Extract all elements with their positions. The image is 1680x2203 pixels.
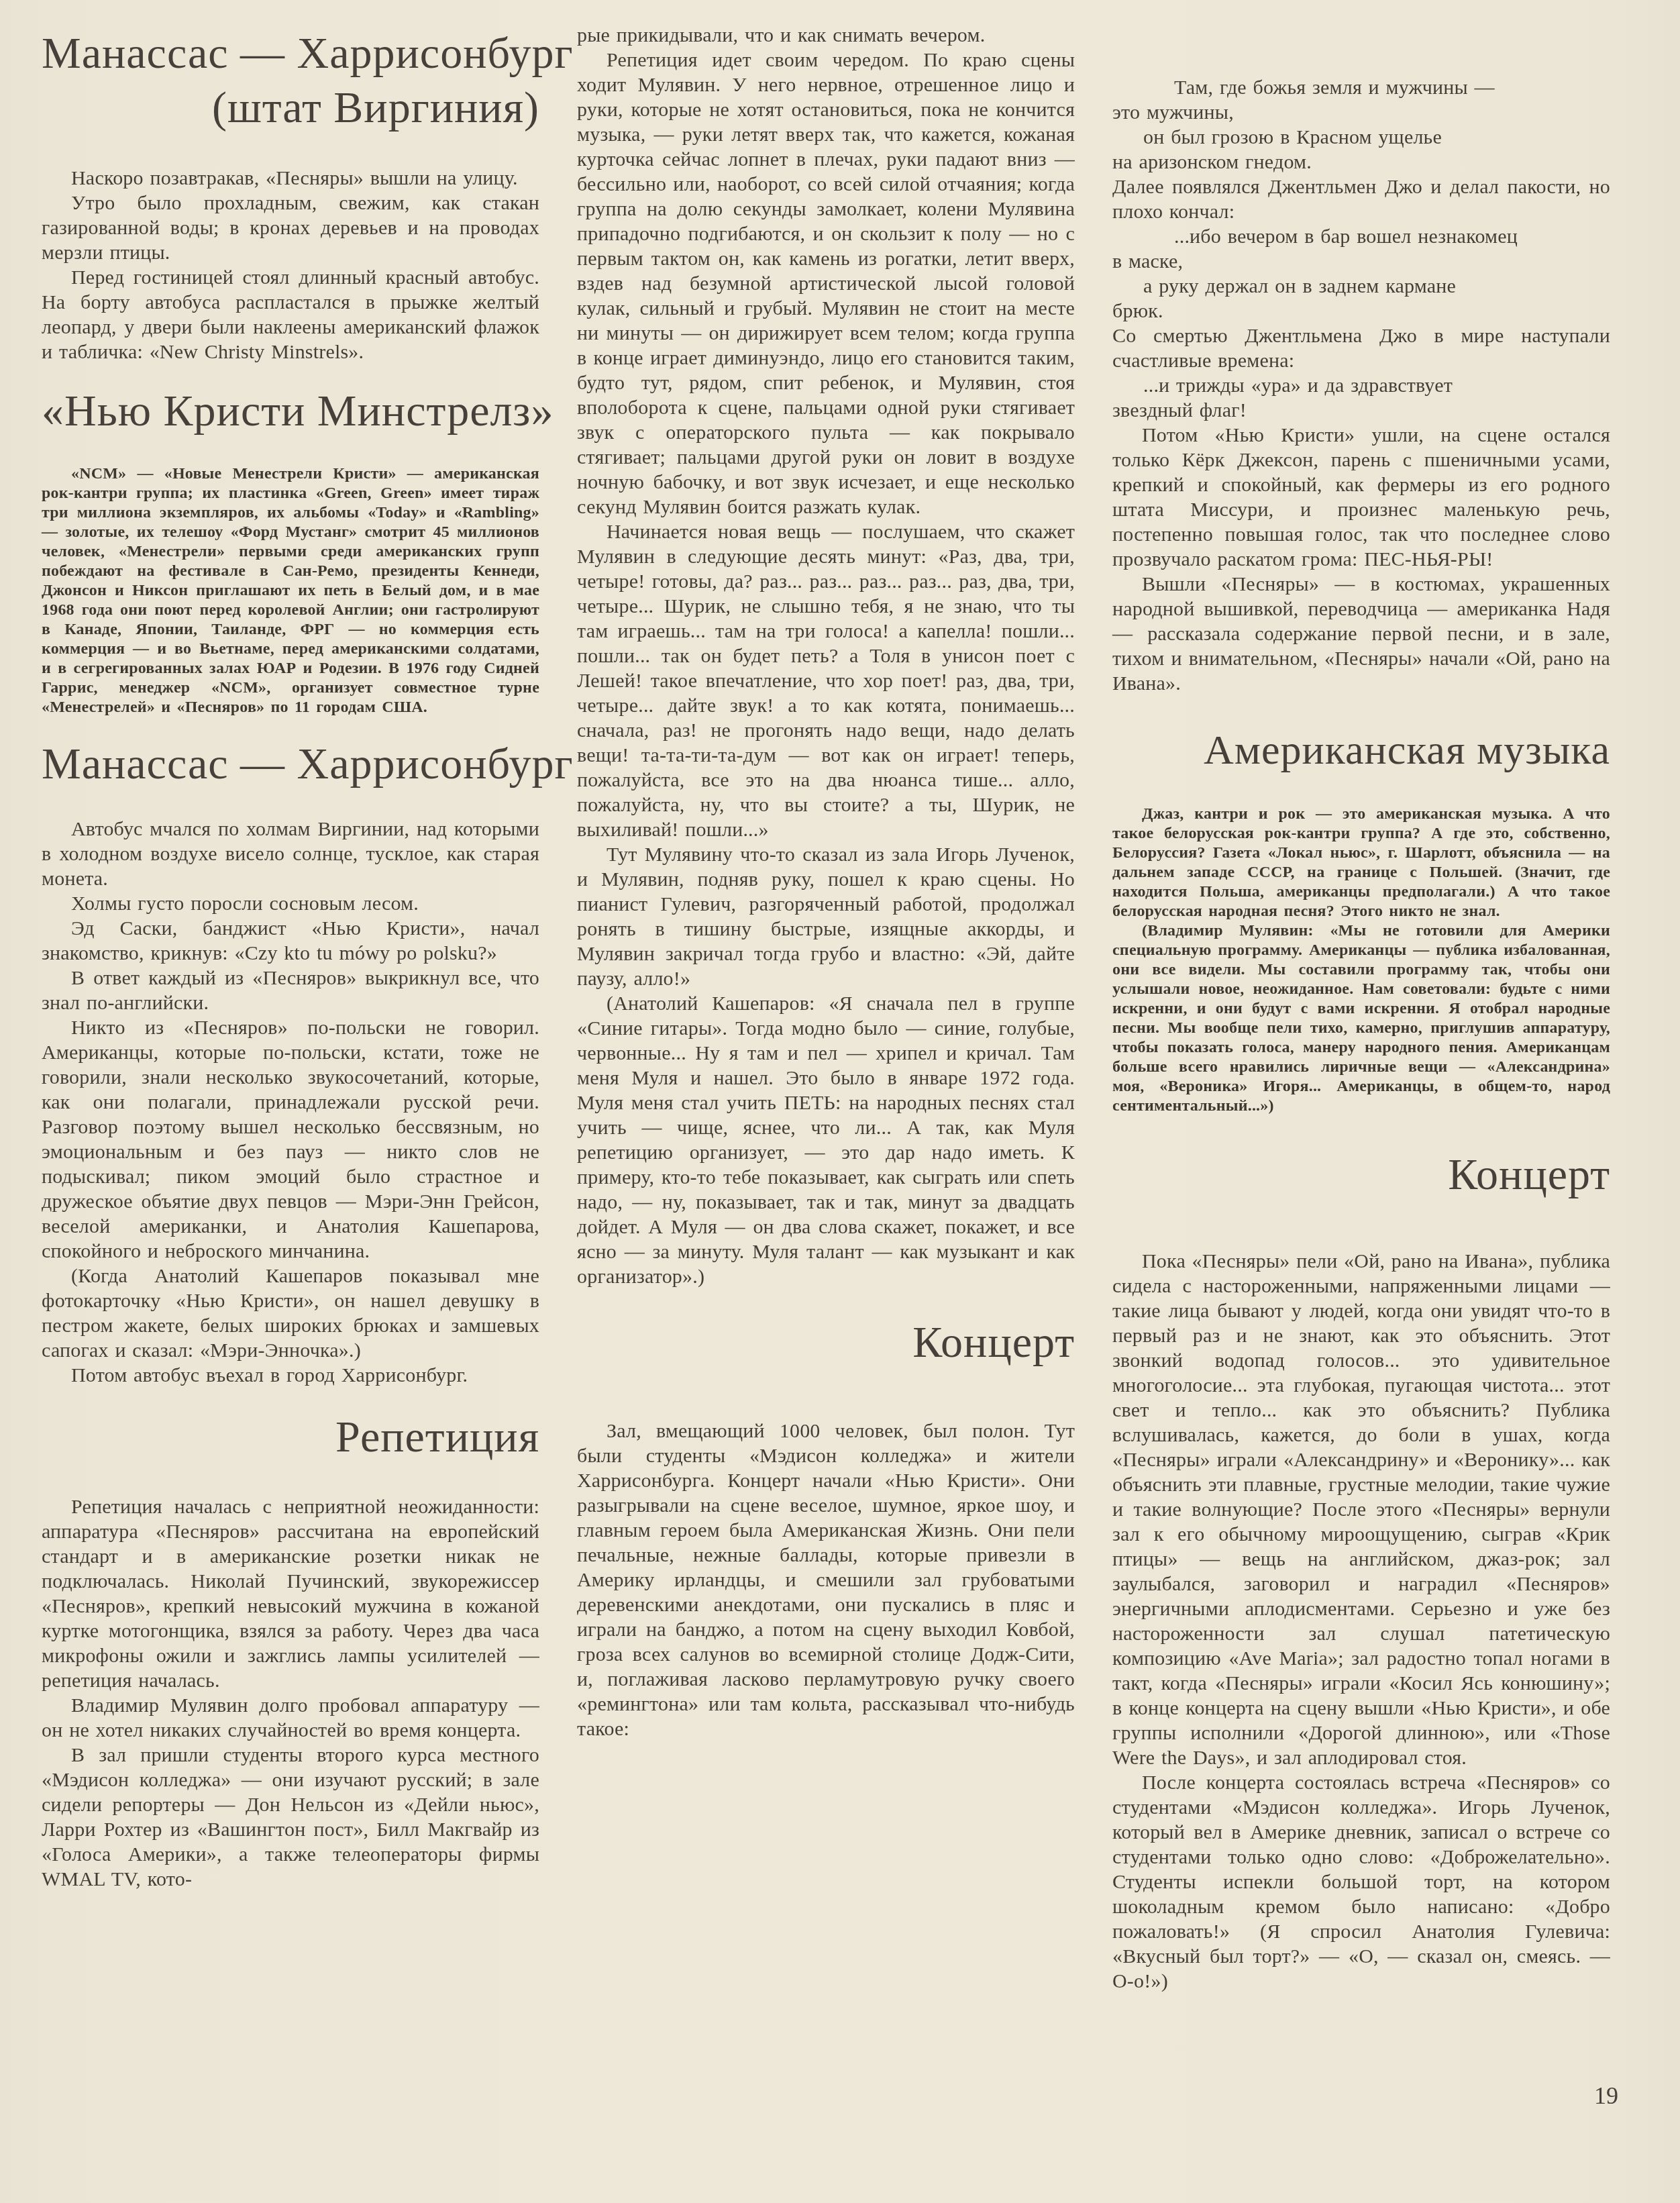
column-3: Там, где божья земля и мужчины — это муж… (1112, 23, 1610, 1994)
section-heading-new-christy: «Нью Кристи Минстрелз» (42, 385, 539, 439)
paragraph: Потом «Нью Кристи» ушли, на сцене осталс… (1112, 423, 1610, 572)
paragraph: (Анатолий Кашепаров: «Я сначала пел в гр… (577, 991, 1075, 1289)
paragraph: Наскоро позавтракав, «Песняры» вышли на … (42, 166, 539, 191)
paragraph: Владимир Мулявин долго пробовал аппарату… (42, 1693, 539, 1743)
paragraph: Холмы густо поросли сосновым лесом. (42, 891, 539, 916)
paragraph: После концерта состоялась встреча «Песня… (1112, 1770, 1610, 1994)
column-1: Манассас — Харрисонбург (штат Виргиния) … (42, 23, 539, 1994)
paragraph: Никто из «Песняров» по-польски не говори… (42, 1015, 539, 1264)
verse-line: ...и трижды «ура» и да здравствует (1112, 373, 1610, 398)
section-heading-concert-1: Концерт (577, 1316, 1075, 1370)
magazine-page: Манассас — Харрисонбург (штат Виргиния) … (0, 0, 1680, 2203)
paragraph: Далее появлялся Джентльмен Джо и делал п… (1112, 174, 1610, 224)
paragraph: Автобус мчался по холмам Виргинии, над к… (42, 817, 539, 891)
verse-line: в маске, (1112, 249, 1610, 274)
paragraph: рые прикидывали, что и как снимать вечер… (577, 23, 1075, 48)
heading-line: Манассас — Харрисонбург (42, 27, 539, 81)
paragraph: Начинается новая вещь — послушаем, что с… (577, 519, 1075, 842)
verse-line: а руку держал он в заднем кармане (1112, 274, 1610, 299)
paragraph: Джаз, кантри и рок — это американская му… (1112, 805, 1610, 921)
section-heading-manassas-1: Манассас — Харрисонбург (штат Виргиния) (42, 27, 539, 135)
paragraph: (Когда Анатолий Кашепаров показывал мне … (42, 1264, 539, 1363)
verse-line: ...ибо вечером в бар вошел незнакомец (1112, 224, 1610, 249)
verse-line: на аризонском гнедом. (1112, 150, 1610, 174)
paragraph: В ответ каждый из «Песняров» выкрикнул в… (42, 966, 539, 1015)
column-2: рые прикидывали, что и как снимать вечер… (577, 23, 1075, 1994)
paragraph: Эд Саски, банджист «Нью Кристи», начал з… (42, 916, 539, 966)
verse-line: он был грозою в Красном ущелье (1112, 125, 1610, 150)
paragraph-ncm-info: «NCM» — «Новые Менестрели Кристи» — амер… (42, 464, 539, 717)
verse-line: это мужчины, (1112, 100, 1610, 125)
page-number: 19 (1594, 2082, 1618, 2110)
paragraph: Перед гостиницей стоял длинный красный а… (42, 265, 539, 364)
paragraph: В зал пришли студенты второго курса мест… (42, 1743, 539, 1892)
paragraph: Тут Мулявину что-то сказал из зала Игорь… (577, 842, 1075, 991)
verse-line: брюк. (1112, 299, 1610, 323)
paragraph: Со смертью Джентльмена Джо в мире наступ… (1112, 323, 1610, 373)
heading-line: (штат Виргиния) (42, 81, 539, 136)
paragraph: Репетиция идет своим чередом. По краю сц… (577, 48, 1075, 519)
paragraph: Пока «Песняры» пели «Ой, рано на Ивана»,… (1112, 1249, 1610, 1770)
section-heading-american-music: Американская музыка (1112, 725, 1610, 776)
verse-line: звездный флаг! (1112, 398, 1610, 423)
paragraph: Репетиция началась с неприятной неожидан… (42, 1494, 539, 1693)
section-heading-rehearsal: Репетиция (42, 1411, 539, 1465)
section-heading-manassas-2: Манассас — Харрисонбург (42, 737, 539, 792)
paragraph: Потом автобус въехал в город Харрисонбур… (42, 1363, 539, 1388)
verse-line: Там, где божья земля и мужчины — (1112, 75, 1610, 100)
paragraph: Утро было прохладным, свежим, как стакан… (42, 191, 539, 265)
columns-container: Манассас — Харрисонбург (штат Виргиния) … (42, 23, 1610, 1994)
section-heading-concert-2: Концерт (1112, 1148, 1610, 1202)
paragraph: (Владимир Мулявин: «Мы не готовили для А… (1112, 921, 1610, 1116)
paragraph: Вышли «Песняры» — в костюмах, украшенных… (1112, 572, 1610, 696)
paragraph: Зал, вмещающий 1000 человек, был полон. … (577, 1419, 1075, 1741)
